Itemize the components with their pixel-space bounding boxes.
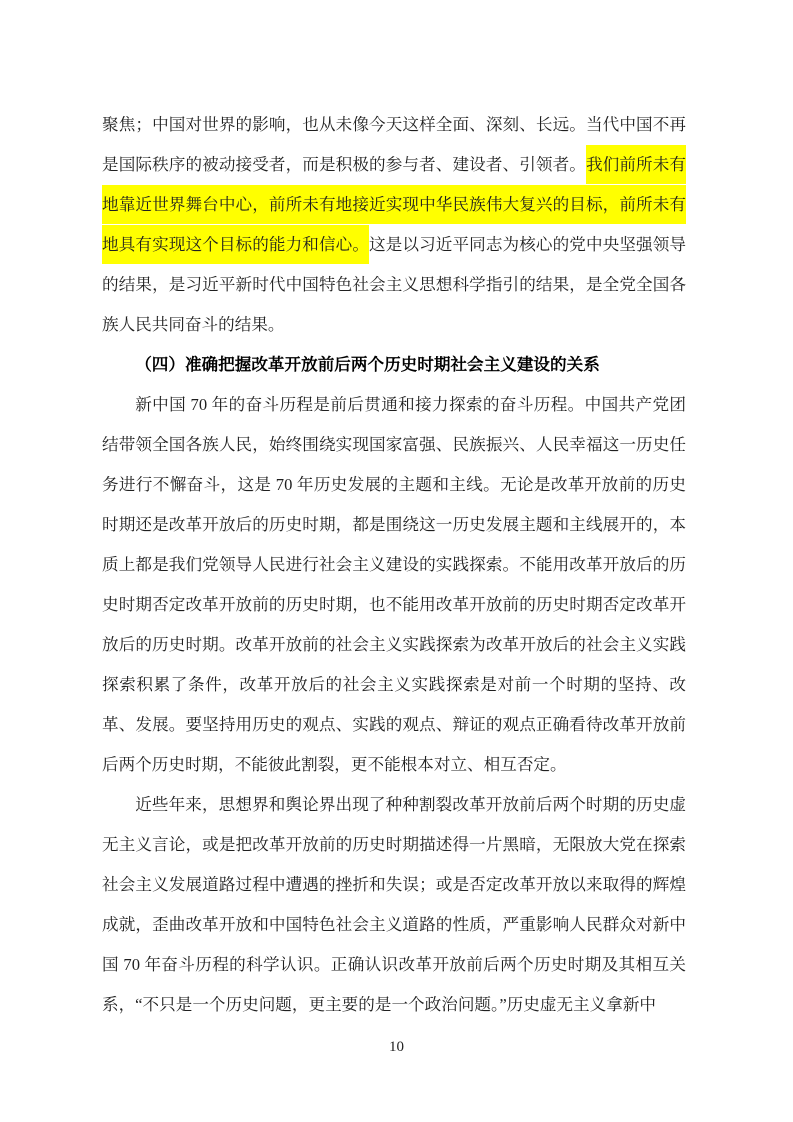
text-column: 聚焦；中国对世界的影响，也从未像今天这样全面、深刻、长远。当代中国不再是国际秩序… bbox=[102, 105, 686, 1025]
page-number: 10 bbox=[0, 1038, 793, 1056]
body-paragraph: 新中国 70 年的奋斗历程是前后贯通和接力探索的奋斗历程。中国共产党团结带领全国… bbox=[102, 385, 686, 785]
document-page: 聚焦；中国对世界的影响，也从未像今天这样全面、深刻、长远。当代中国不再是国际秩序… bbox=[0, 0, 793, 1122]
section-heading: （四）准确把握改革开放前后两个历史时期社会主义建设的关系 bbox=[102, 345, 686, 385]
body-paragraph: 近些年来，思想界和舆论界出现了种种割裂改革开放前后两个时期的历史虚无主义言论，或… bbox=[102, 785, 686, 1025]
continuation-paragraph: 聚焦；中国对世界的影响，也从未像今天这样全面、深刻、长远。当代中国不再是国际秩序… bbox=[102, 105, 686, 345]
